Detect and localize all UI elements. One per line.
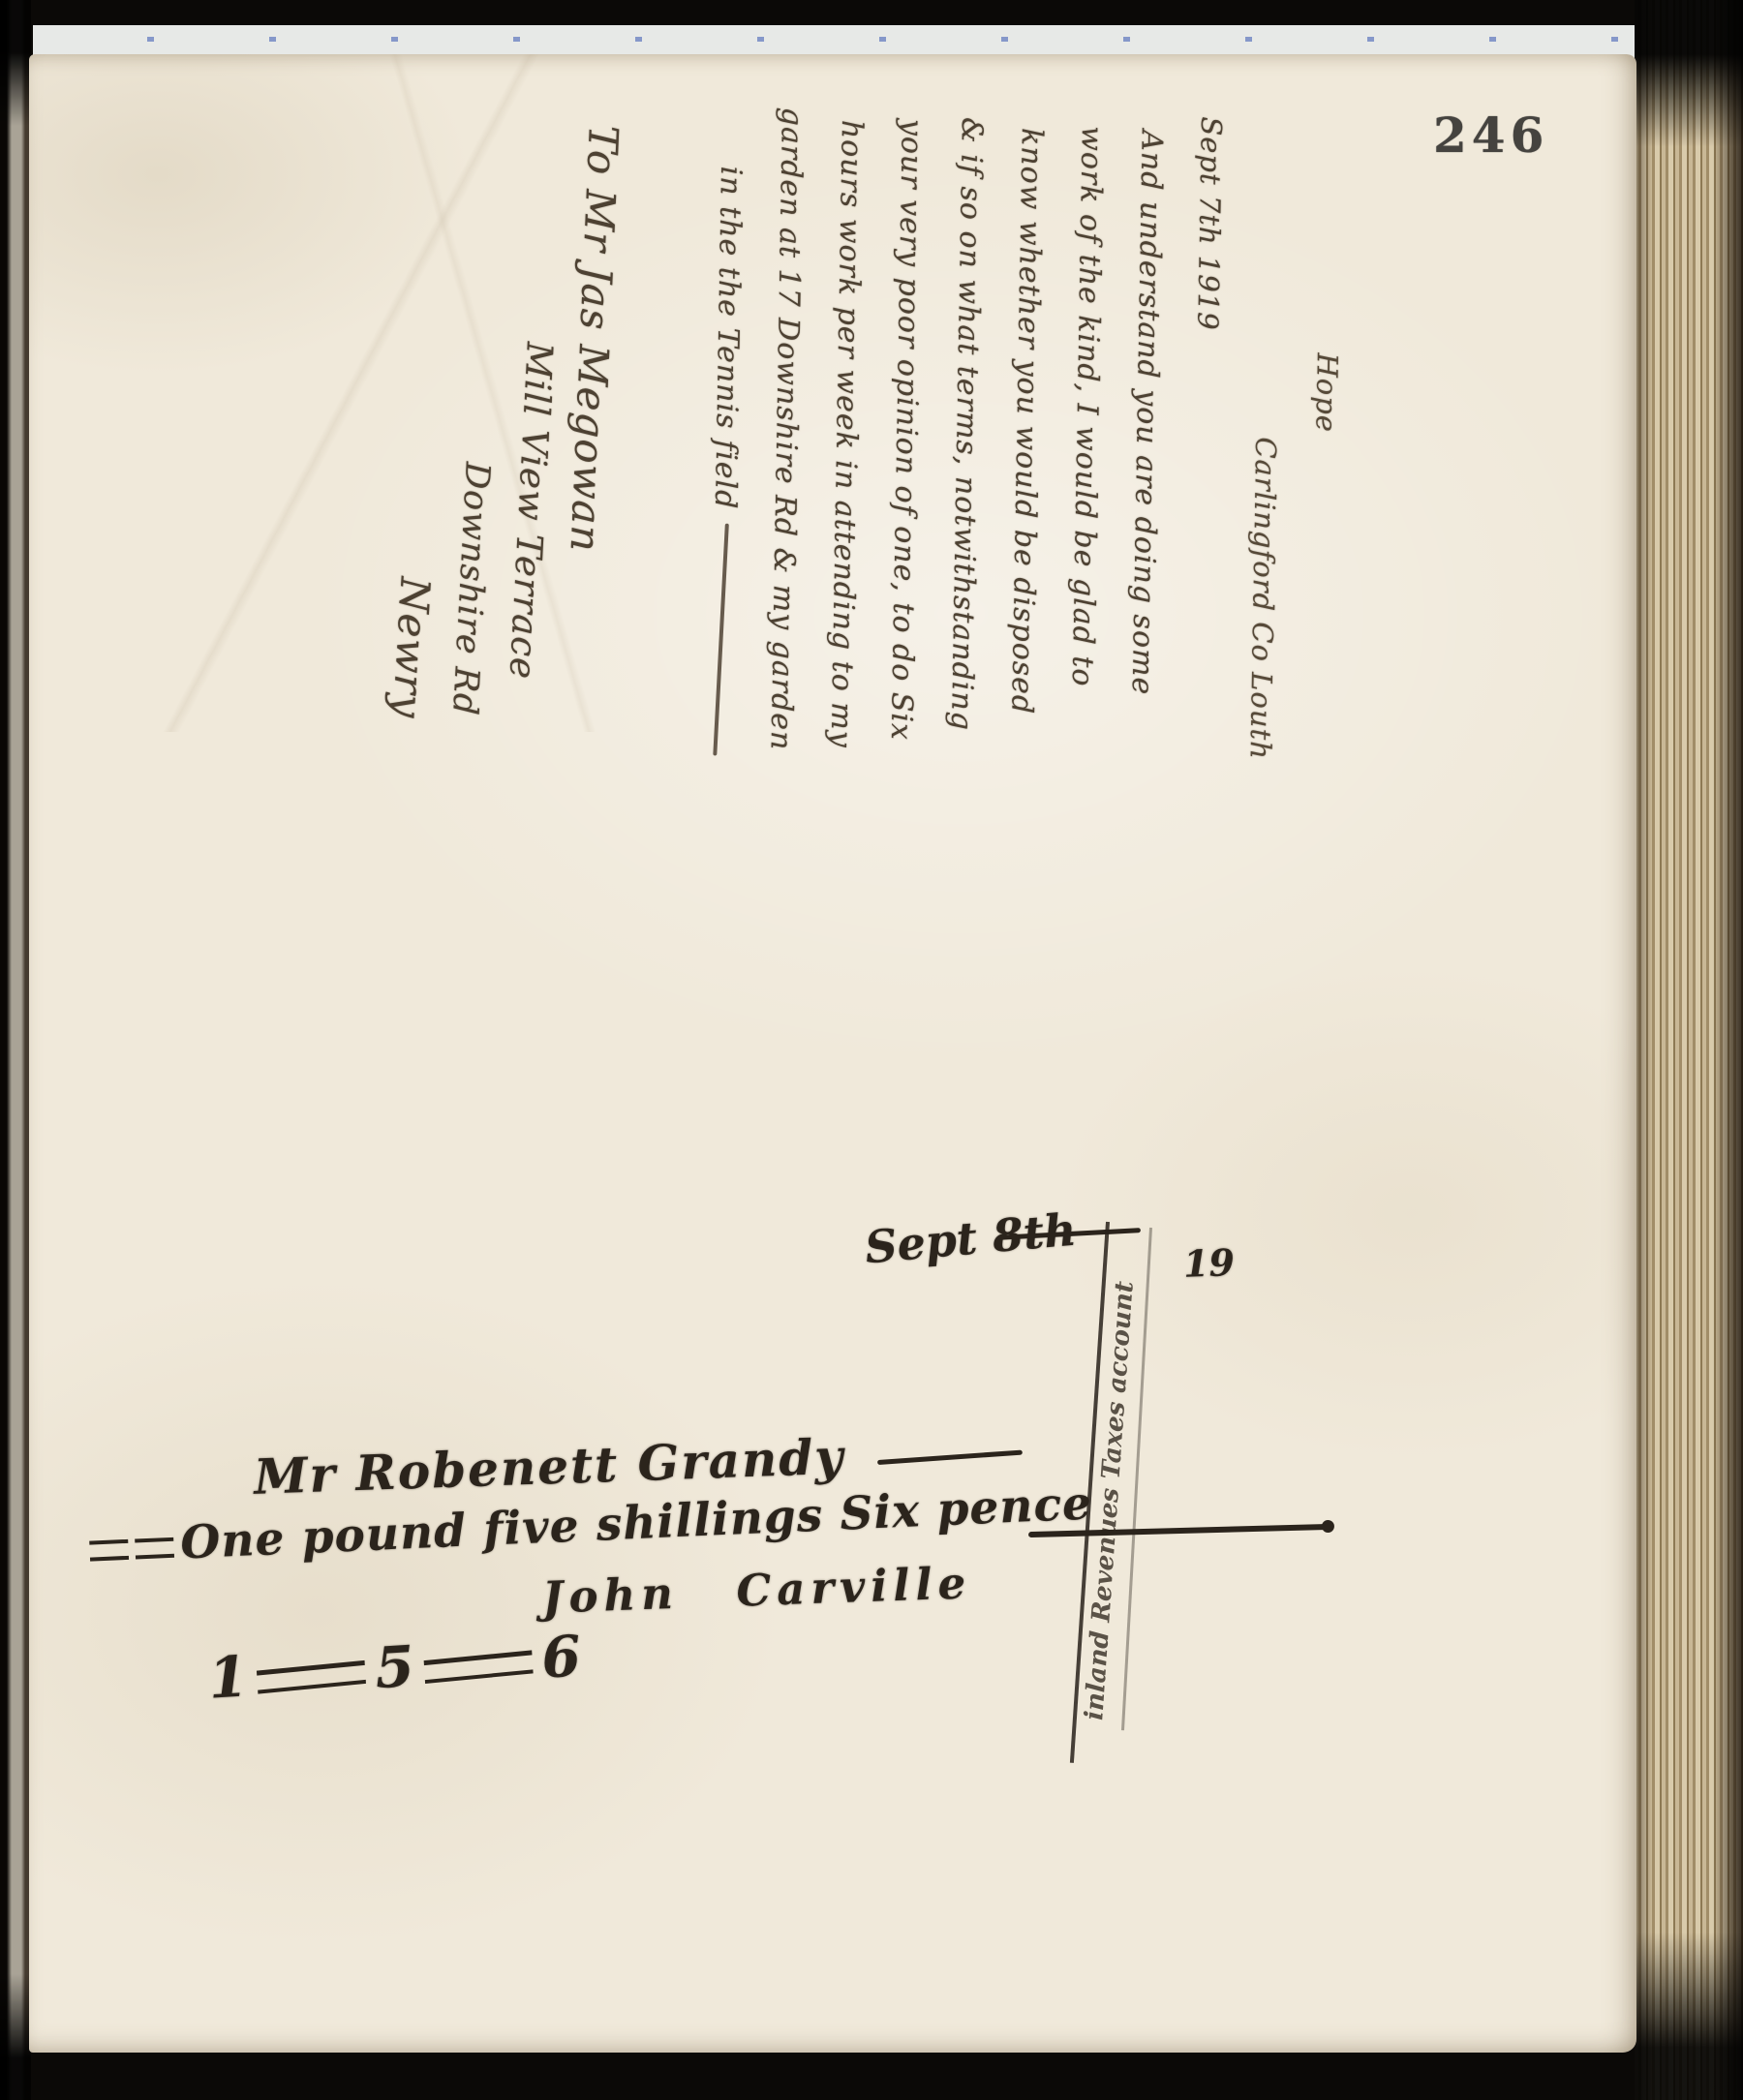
ledger-book-photo: 246 Hope Carlingford Co Louth Sept 7th 1…: [0, 0, 1743, 2100]
closing-flourish-dash: [713, 523, 729, 755]
ledger-page: 246 Hope Carlingford Co Louth Sept 7th 1…: [29, 54, 1636, 2053]
facing-page-edge: [0, 0, 31, 2100]
shillings-figure: 5: [373, 1633, 415, 1701]
double-dash-separator: [423, 1650, 533, 1684]
receipt-signature: John Carville: [541, 1557, 972, 1623]
letter-body-line: your very poor opinion of one, to do Six: [869, 118, 941, 818]
letter-body-line: know whether you would be disposed: [989, 128, 1060, 821]
letter-body-last-line: in the the Tennis field: [688, 166, 760, 815]
under-page-top-edge: [33, 25, 1640, 58]
letter-body-line: work of the kind, I would be glad to: [1049, 126, 1121, 822]
receipt-year-fragment: 19: [1182, 1240, 1235, 1286]
pence-figure: 6: [539, 1623, 582, 1690]
pounds-figure: 1: [206, 1643, 249, 1711]
double-dash-separator: [257, 1660, 366, 1694]
double-tick-mark: [135, 1537, 174, 1559]
payee-dash-line: [877, 1449, 1023, 1464]
letter-body-line: & if so on what terms, notwithstanding: [929, 117, 1001, 820]
folio-number-stamp: 246: [1433, 107, 1548, 164]
letter-heading-county: Carlingford Co Louth: [1229, 437, 1296, 825]
double-tick-mark: [89, 1538, 129, 1561]
amount-figures: 156: [206, 1623, 583, 1711]
letter-body-line: in the the Tennis field: [708, 166, 748, 509]
rotated-letter-block: Hope Carlingford Co Louth Sept 7th 1919 …: [458, 75, 1361, 826]
page-stack-fore-edge: [1635, 0, 1743, 2100]
letter-body-line: And understand you are doing some: [1109, 130, 1180, 823]
letter-body-line: garden at 17 Downshire Rd & my garden: [749, 107, 821, 816]
letter-body-line: hours work per week in attending to my: [809, 119, 881, 817]
letter-heading-place: Hope: [1289, 352, 1358, 826]
receipt-date: Sept 8th: [863, 1203, 1078, 1274]
